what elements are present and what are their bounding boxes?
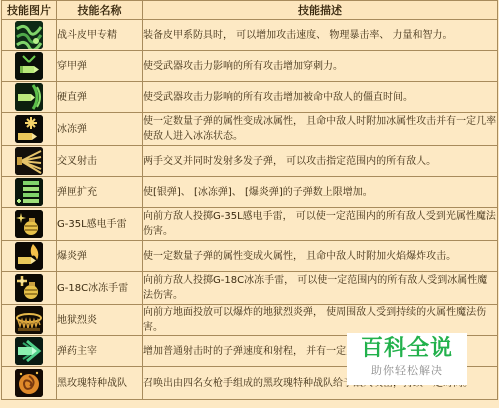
watermark: 百科全说 助你轻松解决 xyxy=(347,333,467,385)
skill-name: 黑玫瑰特种战队 xyxy=(57,367,143,400)
skill-desc: 向前方敌人投掷G-35L感电手雷， 可以使一定范围内的所有敌人受到光属性魔法伤害… xyxy=(143,208,498,241)
skill-name: 穿甲弹 xyxy=(57,51,143,82)
skill-desc: 使一定数量子弹的属性变成火属性， 且命中敌人时附加火焰爆炸攻击。 xyxy=(143,241,498,272)
black-rose-squad-icon xyxy=(15,369,43,397)
table-row: 爆炎弹 使一定数量子弹的属性变成火属性， 且命中敌人时附加火焰爆炸攻击。 xyxy=(2,241,498,272)
table-row: 冰冻弹 使一定数量子弹的属性变成冰属性， 且命中敌人时附加冰属性攻击并有一定几率… xyxy=(2,113,498,146)
skill-desc: 向前方敌人投掷G-18C冰冻手雷， 可以使一定范围内的所有敌人受到冰属性魔法伤害… xyxy=(143,272,498,305)
magazine-expansion-icon xyxy=(15,178,43,206)
watermark-subtitle: 助你轻松解决 xyxy=(347,363,467,379)
skill-name: 战斗皮甲专精 xyxy=(57,20,143,51)
hell-fire-icon xyxy=(15,306,43,334)
freeze-bullet-icon xyxy=(15,115,43,143)
table-row: G-35L感电手雷 向前方敌人投掷G-35L感电手雷， 可以使一定范围内的所有敌… xyxy=(2,208,498,241)
table-row: 交叉射击 两手交叉并同时发射多发子弹， 可以攻击指定范围内的所有敌人。 xyxy=(2,146,498,177)
skill-desc: 装备皮甲系防具时， 可以增加攻击速度、 物理暴击率、 力量和智力。 xyxy=(143,20,498,51)
skill-desc: 使[银弹]、 [冰冻弹]、 [爆炎弹]的子弹数上限增加。 xyxy=(143,177,498,208)
table-row: G-18C冰冻手雷 向前方敌人投掷G-18C冰冻手雷， 可以使一定范围内的所有敌… xyxy=(2,272,498,305)
skill-name: 冰冻弹 xyxy=(57,113,143,146)
table-header-row: 技能图片 技能名称 技能描述 xyxy=(2,1,498,20)
watermark-title: 百科全说 xyxy=(347,335,467,363)
ammo-master-icon xyxy=(15,337,43,365)
skill-name: 交叉射击 xyxy=(57,146,143,177)
header-icon: 技能图片 xyxy=(2,1,57,20)
stiff-bullet-icon xyxy=(15,83,43,111)
skill-name: G-35L感电手雷 xyxy=(57,208,143,241)
skill-name: 弹匣扩充 xyxy=(57,177,143,208)
skill-desc: 使一定数量子弹的属性变成冰属性， 且命中敌人时附加冰属性攻击并有一定几率使敌人进… xyxy=(143,113,498,146)
leather-armor-mastery-icon xyxy=(15,21,43,49)
cross-fire-icon xyxy=(15,147,43,175)
electric-grenade-icon xyxy=(15,210,43,238)
table-row: 弹匣扩充 使[银弹]、 [冰冻弹]、 [爆炎弹]的子弹数上限增加。 xyxy=(2,177,498,208)
header-name: 技能名称 xyxy=(57,1,143,20)
table-row: 硬直弹 使受武器攻击力影响的所有攻击增加被命中敌人的僵直时间。 xyxy=(2,82,498,113)
header-desc: 技能描述 xyxy=(143,1,498,20)
ice-grenade-icon xyxy=(15,274,43,302)
skill-desc: 两手交叉并同时发射多发子弹， 可以攻击指定范围内的所有敌人。 xyxy=(143,146,498,177)
skill-name: G-18C冰冻手雷 xyxy=(57,272,143,305)
skill-desc: 使受武器攻击力影响的所有攻击增加穿刺力。 xyxy=(143,51,498,82)
flame-bullet-icon xyxy=(15,242,43,270)
skill-name: 弹药主宰 xyxy=(57,336,143,367)
table-row: 穿甲弹 使受武器攻击力影响的所有攻击增加穿刺力。 xyxy=(2,51,498,82)
armor-piercing-bullet-icon xyxy=(15,52,43,80)
skill-desc: 向前方地面投放可以爆炸的地狱烈炎弹， 使周围敌人受到持续的火属性魔法伤害。 xyxy=(143,305,498,336)
table-row: 战斗皮甲专精 装备皮甲系防具时， 可以增加攻击速度、 物理暴击率、 力量和智力。 xyxy=(2,20,498,51)
skill-name: 硬直弹 xyxy=(57,82,143,113)
skill-name: 地狱烈炎 xyxy=(57,305,143,336)
skill-name: 爆炎弹 xyxy=(57,241,143,272)
table-row: 地狱烈炎 向前方地面投放可以爆炸的地狱烈炎弹， 使周围敌人受到持续的火属性魔法伤… xyxy=(2,305,498,336)
skill-desc: 使受武器攻击力影响的所有攻击增加被命中敌人的僵直时间。 xyxy=(143,82,498,113)
